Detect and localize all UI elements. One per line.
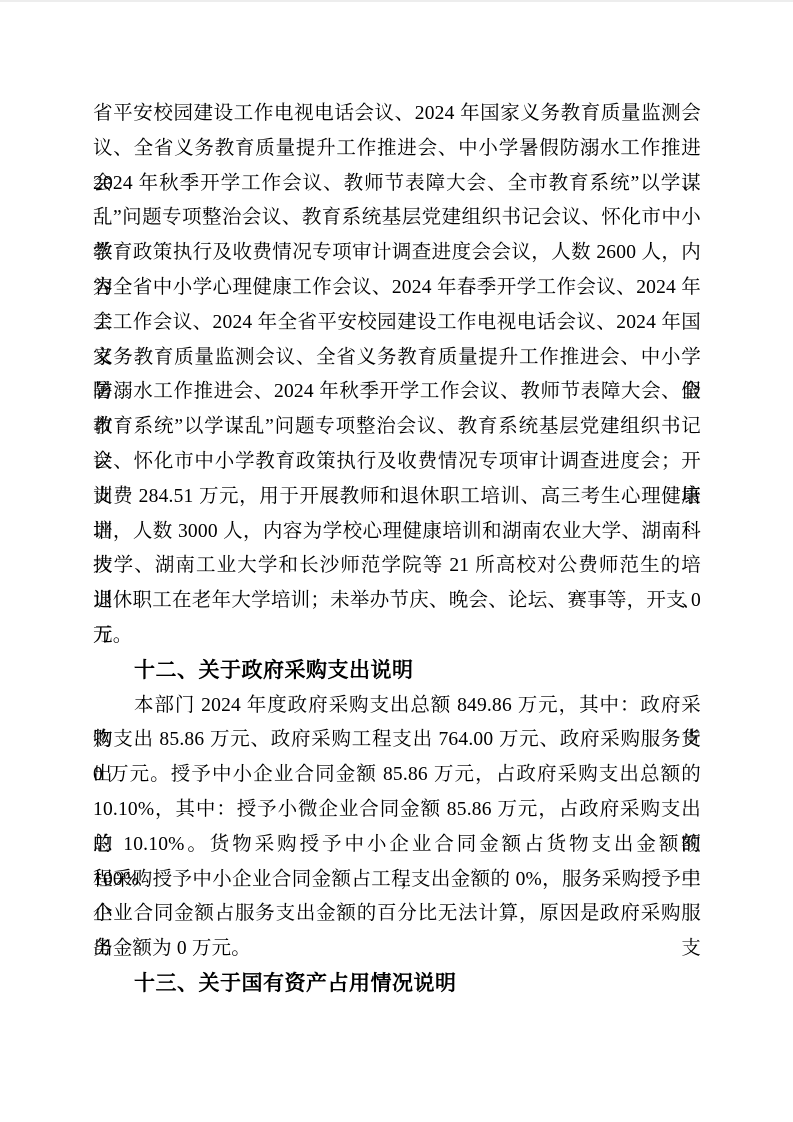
section-heading-12: 十二、关于政府采购支出说明	[93, 654, 701, 689]
paragraph-line: 义务教育质量监测会议、全省义务教育质量提升工作推进会、中小学暑假	[93, 341, 701, 376]
paragraph-line: 大学、湖南工业大学和长沙师范学院等 21 所高校对公费师范生的培训、	[93, 549, 701, 584]
paragraph-line: 省平安校园建设工作电视电话会议、2024 年国家义务教育质量监测会	[93, 97, 701, 132]
body-text-block: 省平安校园建设工作电视电话会议、2024 年国家义务教育质量监测会 议、全省义务…	[93, 97, 701, 1002]
paragraph-line: 元。	[93, 619, 701, 654]
paragraph-line: 教育系统”以学谋乱”问题专项整治会议、教育系统基层党建组织书记会	[93, 410, 701, 445]
paragraph-line: 企业合同金额占服务支出金额的百分比无法计算，原因是政府采购服务支	[93, 897, 701, 932]
paragraph-procurement: 本部门 2024 年度政府采购支出总额 849.86 万元，其中：政府采购货 物…	[93, 689, 701, 967]
paragraph-meetings: 省平安校园建设工作电视电话会议、2024 年国家义务教育质量监测会 议、全省义务…	[93, 97, 701, 654]
document-page: 省平安校园建设工作电视电话会议、2024 年国家义务教育质量监测会 议、全省义务…	[0, 0, 793, 1122]
paragraph-line: 会工作会议、2024 年全省平安校园建设工作电视电话会议、2024 年国家	[93, 306, 701, 341]
paragraph-line: 本部门 2024 年度政府采购支出总额 849.86 万元，其中：政府采购货	[93, 689, 701, 724]
paragraph-line: 物支出 85.86 万元、政府采购工程支出 764.00 万元、政府采购服务支出	[93, 723, 701, 758]
paragraph-line: 训费 284.51 万元，用于开展教师和退休职工培训、高三考生心理健康培	[93, 480, 701, 515]
paragraph-line: 为全省中小学心理健康工作会议、2024 年春季开学工作会议、2024 年工	[93, 271, 701, 306]
paragraph-line: 教育政策执行及收费情况专项审计调查进度会会议，人数 2600 人，内容	[93, 236, 701, 271]
paragraph-line: 10.10%，其中：授予小微企业合同金额 85.86 万元，占政府采购支出总额	[93, 793, 701, 828]
paragraph-line: 议、全省义务教育质量提升工作推进会、中小学暑假防溺水工作推进会、	[93, 132, 701, 167]
paragraph-line: 议、怀化市中小学教育政策执行及收费情况专项审计调查进度会；开支培	[93, 445, 701, 480]
paragraph-line: 的 10.10%。货物采购授予中小企业合同金额占货物支出金额的 100%，工	[93, 828, 701, 863]
paragraph-line: 0 万元。授予中小企业合同金额 85.86 万元，占政府采购支出总额的	[93, 758, 701, 793]
paragraph-line: 程采购授予中小企业合同金额占工程支出金额的 0%，服务采购授予中小	[93, 863, 701, 898]
paragraph-line: 乱”问题专项整治会议、教育系统基层党建组织书记会议、怀化市中小学	[93, 201, 701, 236]
page-top-edge	[0, 0, 793, 2]
paragraph-line: 防溺水工作推进会、2024 年秋季开学工作会议、教师节表障大会、全市	[93, 375, 701, 410]
section-heading-13: 十三、关于国有资产占用情况说明	[93, 967, 701, 1002]
paragraph-line: 退休职工在老年大学培训；未举办节庆、晚会、论坛、赛事等，开支 0 万	[93, 584, 701, 619]
paragraph-line: 2024 年秋季开学工作会议、教师节表障大会、全市教育系统”以学谋	[93, 167, 701, 202]
paragraph-line: 训，人数 3000 人，内容为学校心理健康培训和湖南农业大学、湖南科技	[93, 515, 701, 550]
